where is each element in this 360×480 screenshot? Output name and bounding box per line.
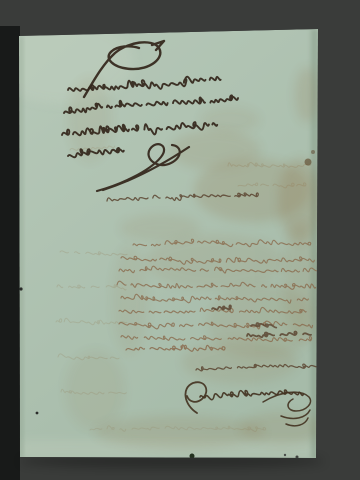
manuscript-scene	[0, 0, 360, 480]
manuscript-photo	[0, 0, 360, 480]
foxing-stain	[182, 340, 298, 384]
dirt-speck	[284, 454, 286, 456]
foxing-stain	[120, 214, 200, 242]
dirt-speck	[36, 412, 39, 415]
dirt-speck	[305, 159, 312, 166]
foxing-stain	[65, 350, 125, 430]
foxing-stain	[95, 416, 265, 448]
foxing-stain	[284, 220, 316, 340]
foxing-stain	[295, 67, 319, 123]
binding-strip	[0, 26, 20, 480]
dirt-speck	[311, 150, 315, 154]
dirt-speck	[19, 287, 22, 290]
foxing-stain	[112, 245, 148, 355]
foxing-stain	[200, 106, 260, 134]
